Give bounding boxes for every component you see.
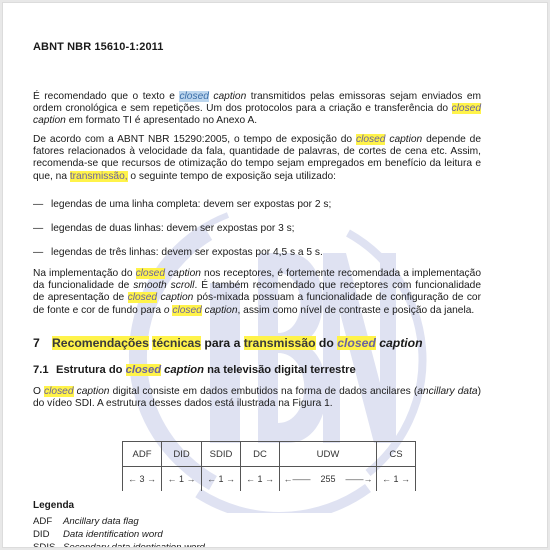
highlight: técnicas — [152, 336, 201, 350]
section-heading-7: 7Recomendações técnicas para a transmiss… — [33, 336, 423, 350]
list-item: —legendas de duas linhas: devem ser expo… — [33, 223, 295, 235]
field-length: ← 1 → — [162, 467, 202, 492]
arrow-right-icon: → — [401, 474, 410, 484]
field-length: ← 1 → — [377, 467, 416, 492]
highlight: closed — [126, 364, 161, 376]
arrow-right-icon: → — [265, 474, 274, 484]
field-header: DC — [241, 442, 280, 467]
arrow-left-icon: ← — [246, 474, 255, 484]
field-length: ←—— 255 ——→ — [280, 467, 377, 492]
section-heading-7-1: 7.1Estrutura do closed caption na televi… — [33, 364, 356, 376]
highlight: closed — [44, 386, 73, 397]
document-content: ABNT NBR 15610-1:2011 É recomendado que … — [3, 3, 547, 547]
legend-item: ADFAncillary data flag — [33, 516, 139, 527]
arrow-left-icon: ← — [128, 474, 137, 484]
selected-text[interactable]: closed — [179, 91, 208, 102]
arrow-right-icon: → — [147, 474, 156, 484]
field-length: ← 1 → — [202, 467, 241, 492]
field-header: CS — [377, 442, 416, 467]
paragraph-4: O closed caption digital consiste em dad… — [33, 386, 481, 410]
arrow-right-icon: → — [187, 474, 196, 484]
highlight: transmissão — [244, 336, 316, 350]
document-page: ABNT NBR 15610-1:2011 É recomendado que … — [2, 2, 548, 548]
field-header: DID — [162, 442, 202, 467]
highlight: Recomendações — [52, 336, 149, 350]
document-identifier: ABNT NBR 15610-1:2011 — [33, 41, 164, 53]
field-length: ← 1 → — [241, 467, 280, 492]
arrow-right-icon: → — [226, 474, 235, 484]
highlight: transmissão, — [70, 171, 128, 182]
arrow-left-icon: ←—— — [283, 474, 310, 484]
highlight: closed — [356, 134, 385, 145]
paragraph-3: Na implementação do closed caption nos r… — [33, 268, 481, 317]
list-item: —legendas de uma linha completa: devem s… — [33, 199, 331, 211]
paragraph-2: De acordo com a ABNT NBR 15290:2005, o t… — [33, 134, 481, 183]
arrow-right-icon: ——→ — [346, 474, 373, 484]
list-item: —legendas de três linhas: devem ser expo… — [33, 247, 323, 259]
highlight: closed — [452, 103, 481, 114]
highlight: closed — [128, 292, 157, 303]
arrow-left-icon: ← — [167, 474, 176, 484]
legend-item: SDISSecondary data identication word — [33, 542, 205, 548]
field-length: ← 3 → — [123, 467, 162, 492]
field-header: UDW — [280, 442, 377, 467]
field-header: ADF — [123, 442, 162, 467]
arrow-left-icon: ← — [382, 474, 391, 484]
legend-item: DIDData identification word — [33, 529, 163, 540]
legend-title: Legenda — [33, 500, 74, 511]
arrow-left-icon: ← — [207, 474, 216, 484]
ancillary-data-structure-figure: ADF DID SDID DC UDW CS ← 3 → ← 1 → ← 1 →… — [122, 441, 416, 491]
highlight: closed — [136, 268, 165, 279]
highlight: closed — [337, 336, 376, 350]
field-header: SDID — [202, 442, 241, 467]
highlight: closed — [172, 305, 201, 316]
paragraph-1: É recomendado que o texto e closed capti… — [33, 91, 481, 128]
